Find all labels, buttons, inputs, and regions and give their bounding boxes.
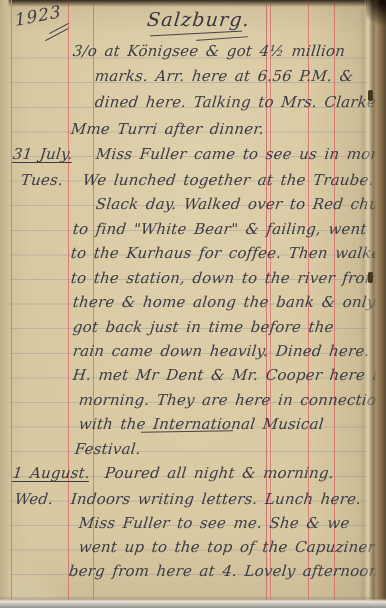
title-underline: [150, 31, 242, 37]
diary-line: with the International Musical: [78, 415, 325, 433]
diary-line: Slack day. Walked over to Red church: [95, 195, 386, 213]
diary-line: Miss Fuller to see me. She & we: [78, 514, 351, 532]
page-corner-fold: [0, 536, 78, 600]
diary-line: rain came down heavily. Dined here.: [72, 342, 371, 360]
diary-line: to the Kurhaus for coffee. Then walked: [70, 244, 386, 262]
diary-line: Miss Fuller came to see us in morng.: [95, 145, 386, 163]
diary-line: marks. Arr. here at 6.56 P.M. &: [94, 67, 354, 85]
diary-line: H. met Mr Dent & Mr. Cooper here in: [72, 366, 386, 384]
diary-line: berg from here at 4. Lovely afternoon.: [68, 562, 385, 580]
diary-line: Indoors writing letters. Lunch here.: [70, 490, 362, 508]
entry-date: 31 July.: [12, 145, 74, 163]
diary-line: went up to the top of the Capuziner-: [78, 538, 381, 556]
diary-line: We lunched together at the Traube.: [82, 171, 375, 189]
entry-day: Wed.: [14, 490, 54, 508]
page-left-edge: [0, 0, 12, 608]
diary-line: 3/o at Königsee & got 4½ million: [72, 42, 346, 60]
binding-corner-shadow: [366, 0, 386, 30]
page-bottom-edge: [0, 596, 386, 608]
diary-line: there & home along the bank & only: [72, 293, 377, 311]
entry-date: 1 August.: [12, 464, 91, 482]
diary-line: got back just in time before the: [72, 318, 335, 336]
diary-line: morning. They are here in connection: [78, 391, 386, 409]
year-label: 1923: [14, 2, 62, 31]
page-title: Salzburg.: [146, 9, 251, 31]
title-underline: [196, 36, 248, 41]
diary-line: Poured all night & morning.: [104, 464, 335, 482]
diary-line: Mme Turri after dinner.: [70, 120, 265, 138]
diary-line: to find "White Bear" & failing, went: [72, 220, 368, 238]
year-flourish: [45, 28, 69, 41]
entry-day: Tues.: [20, 171, 64, 189]
diary-line: dined here. Talking to Mrs. Clarke &: [94, 93, 386, 111]
diary-line: Festival.: [74, 440, 142, 458]
diary-line: to the station, down to the river from: [70, 269, 380, 287]
diary-page-scan: 1923 Salzburg. 3/o at Königsee & got 4½ …: [0, 0, 386, 608]
red-margin-line: [68, 4, 69, 600]
year-flourish: [49, 23, 69, 35]
